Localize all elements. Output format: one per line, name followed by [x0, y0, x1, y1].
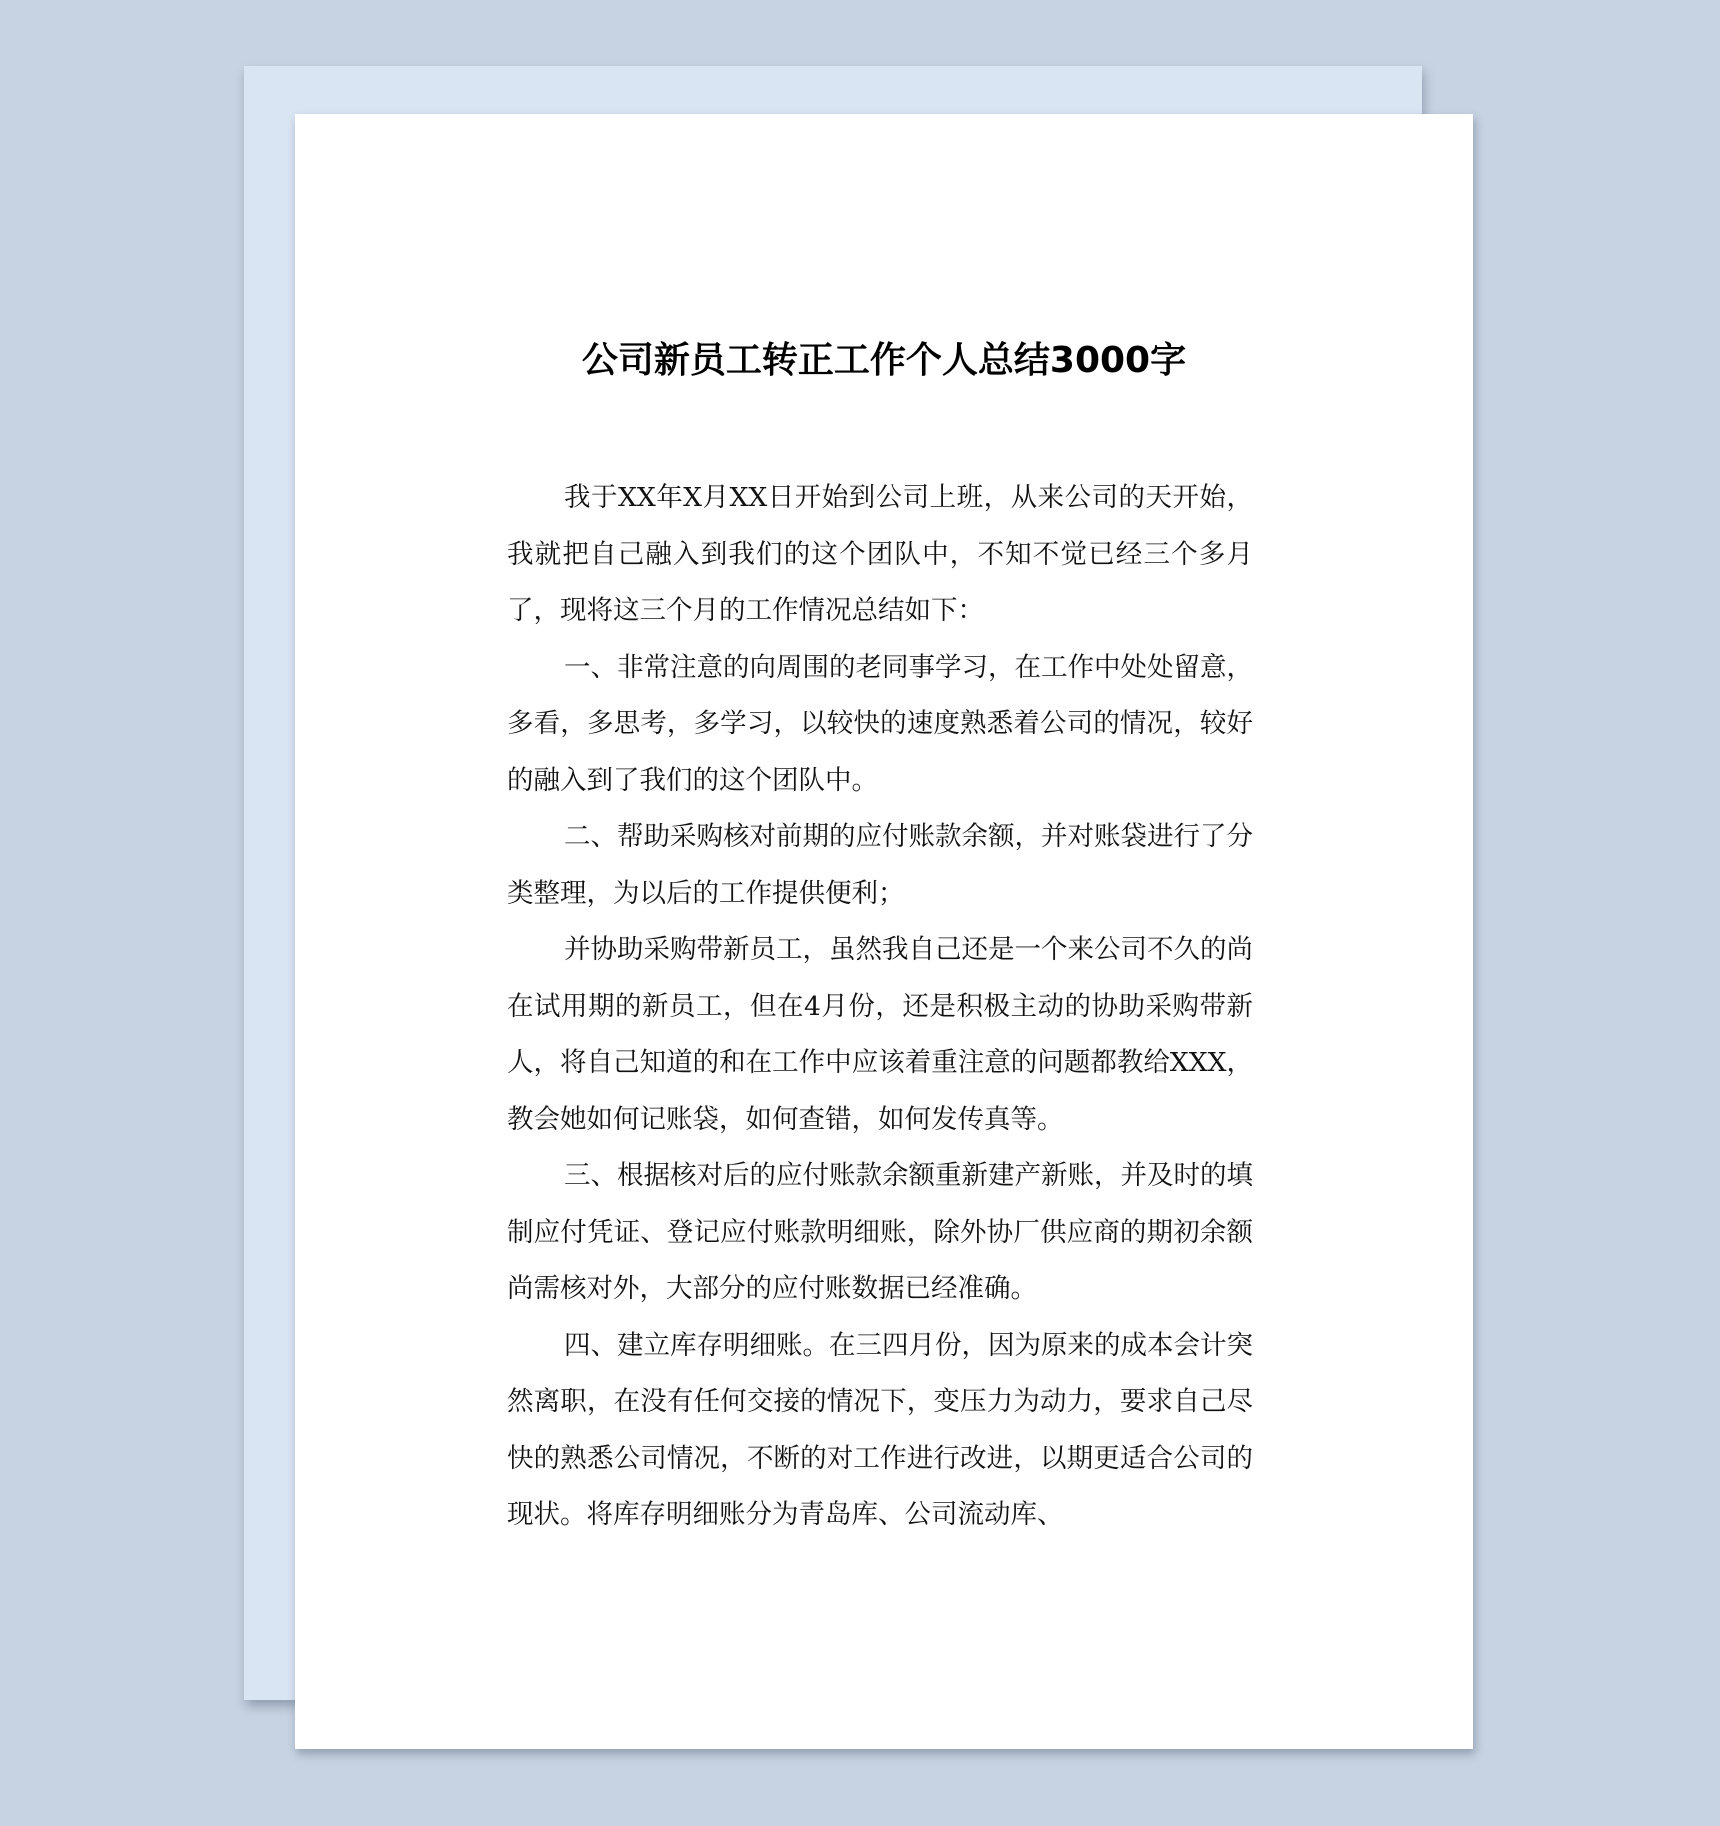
paragraph-item-3: 三、根据核对后的应付账款余额重新建产新账，并及时的填制应付凭证、登记应付账款明细…	[507, 1148, 1253, 1318]
paragraph-item-4: 四、建立库存明细账。在三四月份，因为原来的成本会计突然离职，在没有任何交接的情况…	[507, 1318, 1253, 1544]
document-title: 公司新员工转正工作个人总结3000字	[295, 336, 1473, 386]
paragraph-item-2-continued: 并协助采购带新员工，虽然我自己还是一个来公司不久的尚在试用期的新员工，但在4月份…	[507, 922, 1253, 1148]
document-page: 公司新员工转正工作个人总结3000字 我于XX年X月XX日开始到公司上班，从来公…	[295, 114, 1473, 1749]
paragraph-intro: 我于XX年X月XX日开始到公司上班，从来公司的天开始，我就把自己融入到我们的这个…	[507, 470, 1253, 640]
paragraph-item-2: 二、帮助采购核对前期的应付账款余额，并对账袋进行了分类整理，为以后的工作提供便利…	[507, 809, 1253, 922]
document-body: 我于XX年X月XX日开始到公司上班，从来公司的天开始，我就把自己融入到我们的这个…	[507, 470, 1253, 1544]
paragraph-item-1: 一、非常注意的向周围的老同事学习，在工作中处处留意，多看，多思考，多学习，以较快…	[507, 640, 1253, 810]
